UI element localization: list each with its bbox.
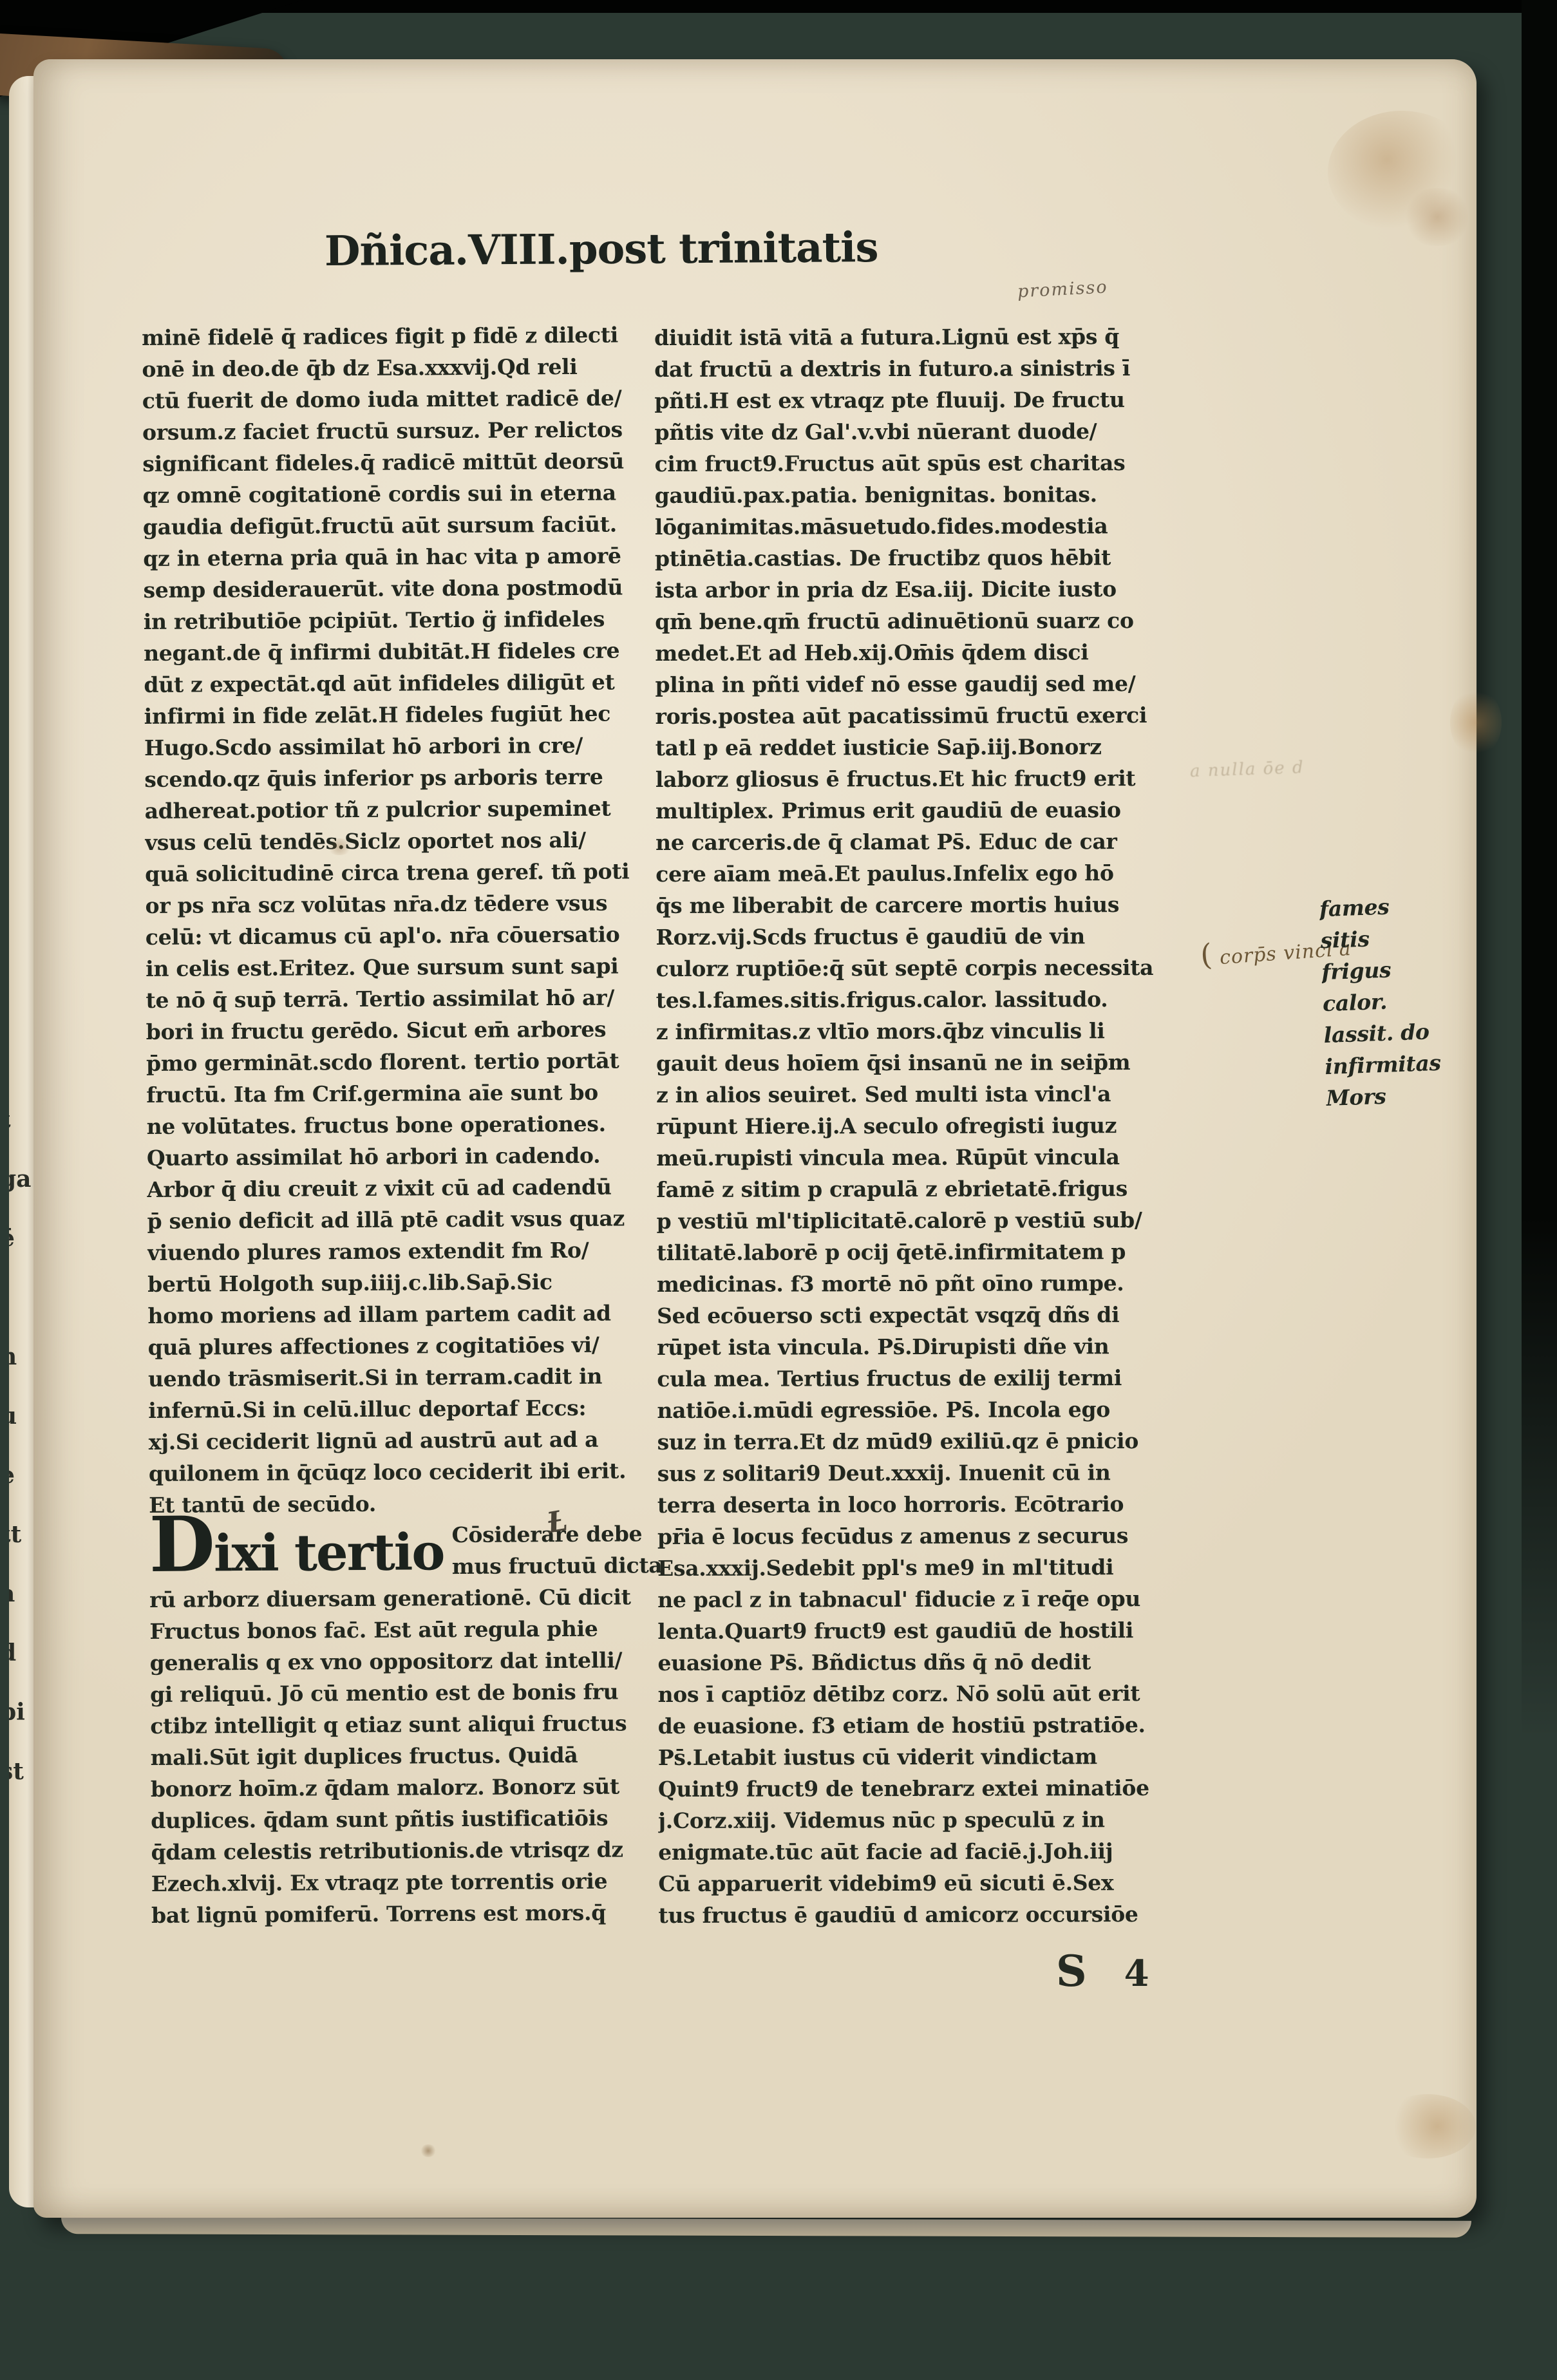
text-line: q̄dam celestis retributionis.de vtrisqz … [151,1833,662,1868]
text-line: tus fructus ē gaudiū d amicorz occursiōe [658,1898,1175,1931]
under-page-text-fragment: tt [9,1521,21,1548]
text-line: vsus celū tendēs.Siclz oportet nos ali/ [145,824,656,858]
text-line: duplices. q̄dam sunt pñtis iustificatiōi… [151,1802,662,1837]
text-line: Cū apparuerit videbim9 eū sicuti ē.Sex [658,1867,1175,1900]
text-line: homo moriens ad illam partem cadit ad [147,1297,659,1332]
scanned-book-photo: tgaēinuettadbist Dñica.VIII.post trinita… [0,0,1557,2380]
text-line: laborz gliosus ē fructus.Et hic fruct9 e… [656,762,1172,795]
text-line: pñti.H est ex vtraqz pte fluuij. De fruc… [654,384,1171,417]
text-line: euasione Ps̄. Bñdictus dñs q̄ nō dedit [657,1646,1174,1679]
scanner-bed-right [1522,0,1557,1739]
text-line: Esa.xxxij.Sedebit ppl's me9 in ml'titudi [657,1551,1174,1584]
page-header-title: Dñica.VIII.post trinitatis [325,223,878,276]
text-line: generalis q ex vno oppositorz dat intell… [150,1644,661,1679]
text-line: de euasione. f3 etiam de hostiū pstratiō… [658,1709,1175,1742]
text-line: quā plures affectiones z cogitatiōes vi/ [148,1328,659,1363]
text-line: sitis [1320,921,1437,956]
brace-glyph: ( [1199,937,1214,972]
text-line: Ezech.xlvij. Ex vtraqz pte torrentis ori… [151,1865,663,1900]
text-line: q̄s me liberabit de carcere mortis huius [656,889,1172,921]
text-line: dat fructū a dextris in futuro.a sinistr… [654,352,1171,385]
text-line: Hugo.Scdo assimilat hō arbori in cre/ [144,729,656,764]
under-page-text-fragment: ga [9,1166,32,1193]
text-line: natiōe.i.mūdi egressiōe. Ps̄. Incola ego [657,1393,1173,1426]
text-line: sus z solitari9 Deut.xxxij. Inuenit cū i… [657,1457,1174,1489]
quire-signature: S 4 [1056,1946,1149,1996]
text-line: viuendo plures ramos extendit fm Ro/ [147,1234,659,1269]
text-line: onē in deo.de q̄b dz Esa.xxxvij.Qd reli [142,350,653,385]
under-page-text-fragment: bi [9,1699,25,1726]
under-page-text-fragment: u [9,1402,17,1430]
paper-stain [420,2144,437,2157]
text-line: celū: vt dicamus cū apl'o. nr̄a cōuersat… [146,918,657,953]
text-line: pr̄ia ē locus fecūdus z amenus z securus [657,1520,1174,1553]
paper-stain [1328,111,1476,233]
right-text-column: diuidit istā vitā a futura.Lignū est xp̄… [654,321,1175,1931]
text-line: fructū. Ita fm Crif.germina aīe sunt bo [146,1076,657,1111]
text-line: Quarto assimilat hō arbori in cadendo. [147,1139,658,1174]
right-column-lines: diuidit istā vitā a futura.Lignū est xp̄… [654,321,1175,1931]
text-line: quā solicitudinē circa trena geref. tñ p… [145,855,656,890]
text-line: p̄ senio deficit ad illā ptē cadit vsus … [147,1202,658,1237]
text-line: z infirmitas.z vltīo mors.q̄bz vinculis … [656,1015,1173,1048]
text-line: Mors [1325,1079,1442,1114]
signature-letter: S [1056,1946,1087,1996]
text-line: suz in terra.Et dz mūd9 exiliū.qz ē pnic… [657,1425,1173,1458]
under-page-text-fragment: e [9,1462,15,1489]
text-line: negant.de q̄ infirmi dubitāt.H fideles c… [144,634,655,669]
paper-stain [1379,2094,1476,2158]
text-line: tatl p eā reddet iusticie Sap̄.iij.Bonor… [656,731,1172,764]
marginal-note-top: promisso [1017,277,1108,301]
text-line: ne pacl z in tabnacul' fiducie z ī req̄e… [657,1583,1174,1616]
section-heading: Dixi tertio [149,1513,452,1584]
text-line: infirmi in fide zelāt.H fideles fugiūt h… [144,697,656,732]
text-line: quilonem in q̄cūqz loco ceciderit ibi er… [149,1455,660,1489]
text-line: lōganimitas.māsuetudo.fides.modestia [655,510,1171,543]
text-line: medet.Et ad Heb.xij.Om̄is q̄dem disci [655,636,1171,669]
text-line: roris.postea aūt pacatissimū fructū exer… [656,699,1172,732]
text-line: Quint9 fruct9 de tenebrarz extei minatiō… [658,1772,1175,1805]
left-column-lower-lines: rū arborz diuersam generationē. Cū dicit… [149,1581,663,1931]
text-line: rū arborz diuersam generationē. Cū dicit [149,1581,661,1616]
paper-stain [1450,687,1502,758]
text-line: ctū fuerit de domo iuda mittet radicē de… [142,382,654,417]
under-page-text-fragment: d [9,1639,16,1667]
text-line: ne volūtates. fructus bone operationes. [146,1108,657,1142]
text-line: medicinas. f3 mortē nō pñt oīno rumpe. [657,1267,1173,1300]
under-page-text-fragment: t [9,1106,11,1133]
text-line: Rorz.vij.Scds fructus ē gaudiū de vin [656,920,1172,953]
section-heading-rest: ixi tertio [214,1523,444,1583]
text-line: in celis est.Eritez. Que sursum sunt sap… [146,950,657,985]
text-line: culorz ruptiōe:q̄ sūt septē corpis neces… [656,952,1173,985]
marginal-note-list: famessitisfriguscalor.lassit. doinfirmit… [1319,889,1442,1114]
text-line: infirmitas [1325,1047,1442,1082]
text-line: calor. [1322,984,1439,1019]
text-line: z in alios seuiret. Sed multi ista vincl… [656,1078,1173,1111]
text-line: gaudia defigūt.fructū aūt sursum faciūt. [143,508,654,543]
left-column-upper-lines: minē fidelē q̄ radices figit p fidē z di… [142,319,660,1521]
text-line: bonorz hoīm.z q̄dam malorz. Bonorz sūt [151,1770,662,1805]
text-line: gaudiū.pax.patia. benignitas. bonitas. [655,478,1171,511]
text-line: ne carceris.de q̄ clamat Ps̄. Educ de ca… [656,826,1172,858]
text-line: qm̄ bene.qm̄ fructū adinuētionū suarz co [655,605,1171,637]
section-heading-row: Dixi tertio Cōsiderare debemus fructuū d… [149,1518,661,1584]
marginal-note-faded: a nulla ōe d [1190,758,1305,781]
text-line: j.Corz.xiij. Videmus nūc p speculū z in [658,1804,1175,1837]
text-line: semp desiderauerūt. vite dona postmodū [143,571,654,606]
text-line: te nō q̄ sup̄ terrā. Tertio assimilat hō… [146,981,657,1016]
text-line: cula mea. Tertius fructus de exilij term… [657,1362,1173,1395]
text-line: qz omnē cogitationē cordis sui in eterna [142,477,654,511]
text-line: Fructus bonos fac̄. Est aūt regula phie [149,1612,661,1647]
text-line: minē fidelē q̄ radices figit p fidē z di… [142,319,653,354]
drop-cap-initial: D [149,1499,214,1589]
text-line: ctibz intelligit q etiaz sunt aliqui fru… [150,1707,661,1742]
text-line: rūpet ista vincula. Ps̄.Dirupisti dñe vi… [657,1330,1173,1363]
text-line: qz in eterna pria quā in hac vita p amor… [143,540,654,574]
text-line: rūpunt Hiere.ij.A seculo ofregisti iuguz [656,1110,1173,1142]
text-line: uendo trāsmiserit.Si in terram.cadit in [148,1360,659,1395]
under-page-text-fragment: a [9,1580,15,1607]
text-line: cere aīam meā.Et paulus.Infelix ego hō [656,857,1172,890]
book-page: Dñica.VIII.post trinitatis minē fidelē q… [33,59,1477,2218]
text-line: Ps̄.Letabit iustus cū viderit vindictam [658,1741,1175,1773]
text-line: lenta.Quart9 fruct9 est gaudiū de hostil… [657,1614,1174,1647]
text-line: Arbor q̄ diu creuit z vixit cū ad cadend… [147,1171,658,1205]
under-page-text-fragment: n [9,1343,17,1370]
text-line: lassit. do [1323,1015,1440,1051]
text-line: mus fructuū dicta [452,1549,663,1582]
text-line: terra deserta in loco horroris. Ecōtrari… [657,1488,1174,1521]
text-line: dūt z expectāt.qd aūt infideles diligūt … [144,666,655,701]
text-line: gauit deus hoīem q̄si insanū ne in seip̄… [656,1046,1173,1079]
paper-stain [1399,188,1476,246]
under-page-text-fragment: st [9,1758,24,1785]
text-line: enigmate.tūc aūt facie ad faciē.j.Joh.ii… [658,1835,1175,1868]
text-line: p̄mo germināt.scdo florent. tertio portā… [146,1044,657,1079]
text-line: gi reliquū. Jō cū mentio est de bonis fr… [150,1676,661,1710]
text-line: or ps nr̄a scz volūtas nr̄a.dz tēdere vs… [145,887,656,921]
text-line: fames [1319,889,1436,925]
text-line: p vestiū ml'tiplicitatē.calorē p vestiū … [657,1204,1173,1237]
text-line: tes.l.fames.sitis.frigus.calor. lassitud… [656,983,1173,1016]
text-line: ista arbor in pria dz Esa.iij. Dicite iu… [655,573,1171,606]
text-line: significant fideles.q̄ radicē mittūt deo… [142,445,654,480]
text-line: multiplex. Primus erit gaudiū de euasio [656,794,1172,827]
text-line: diuidit istā vitā a futura.Lignū est xp̄… [654,321,1171,354]
underlying-page-bottom-edge [61,2217,1471,2238]
text-line: bori in fructu gerēdo. Sicut em̄ arbores [146,1013,657,1048]
text-line: xj.Si ceciderit lignū ad austrū aut ad a [148,1423,659,1458]
text-line: frigus [1321,952,1438,988]
text-line: meū.rupisti vincula mea. Rūpūt vincula [656,1141,1173,1174]
text-line: bat lignū pomiferū. Torrens est mors.q̄ [151,1896,663,1931]
text-line: cim fruct9.Fructus aūt spūs est charitas [655,447,1171,480]
text-line: scendo.qz q̄uis inferior ps arboris terr… [144,760,656,795]
text-line: in retributiōe pcipiūt. Tertio g̈ infide… [144,603,655,637]
text-line: plina in pñti videf nō esse gaudij sed m… [655,668,1171,701]
text-line: nos ī captiōz dētibz corz. Nō solū aūt e… [658,1677,1175,1710]
text-line: pñtis vite dz Gal'.v.vbi nūerant duode/ [654,415,1171,448]
text-line: bertū Holgoth sup.iiij.c.lib.Sap̄.Sic [147,1265,659,1300]
under-page-text-fragment: ē [9,1225,15,1252]
left-text-column: minē fidelē q̄ radices figit p fidē z di… [142,319,663,1931]
text-line: ptinētia.castias. De fructibz quos hēbit [655,542,1171,574]
text-line: famē z sitim p crapulā z ebrietatē.frigu… [656,1173,1173,1205]
text-line: tilitatē.laborē p ocij q̄etē.infirmitate… [657,1236,1173,1269]
signature-number: 4 [1124,1952,1149,1995]
text-line: infernū.Si in celū.illuc deportaf Eccs: [148,1392,659,1426]
text-line: orsum.z faciet fructū sursuz. Per relict… [142,413,654,448]
text-line: adhereat.potior tñ z pulcrior supeminet [144,792,656,827]
text-line: mali.Sūt igit duplices fructus. Quidā [150,1739,661,1773]
text-line: Sed ecōuerso scti expectāt vsqzq̄ dñs di [657,1299,1173,1332]
